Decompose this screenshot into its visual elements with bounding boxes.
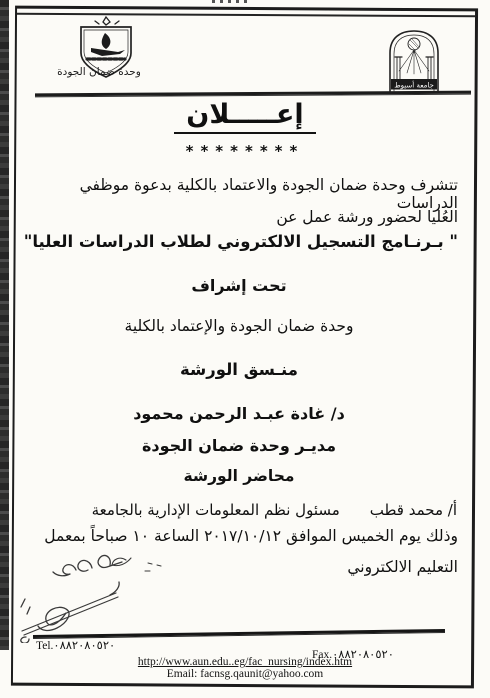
supervising-unit-name: وحدة ضمان الجودة والإعتماد بالكلية — [20, 317, 458, 335]
under-supervision-heading: تحت إشراف — [20, 276, 458, 295]
tel-label: Tel. — [36, 640, 53, 652]
announcement-title-text: إعـــــلان — [174, 99, 315, 134]
scanned-announcement-page: وحدة ضمان الجودة جامعة أسيوط إعـــــلان … — [0, 0, 490, 698]
intro-line-2: العُليا لحضور ورشة عمل عن — [20, 208, 458, 226]
telephone-line: Tel.٠٨٨٢٠٨٠٥٢٠ — [36, 638, 115, 652]
lecturer-heading: محاضر الورشة — [20, 467, 458, 485]
schedule-line-1: وذلك يوم الخميس الموافق ٢٠١٧/١٠/١٢ الساع… — [20, 527, 458, 545]
lecturer-title: مسئول نظم المعلومات الإدارية بالجامعة — [92, 501, 340, 519]
handwritten-signature — [14, 551, 236, 643]
intro-line-1: تتشرف وحدة ضمان الجودة والاعتماد بالكلية… — [20, 176, 458, 212]
university-logo-text: جامعة أسيوط — [394, 81, 434, 90]
scanner-edge-artifact — [0, 0, 9, 650]
workshop-title: " بـرنـامج التسجيل الالكتروني لطلاب الدر… — [20, 232, 458, 251]
lecturer-row: أ/ محمد قطب مسئول نظم المعلومات الإدارية… — [20, 501, 457, 519]
coordinator-name: د/ غادة عبـد الرحمن محمود — [20, 404, 458, 423]
coordinator-title: مديـر وحدة ضمان الجودة — [20, 436, 458, 455]
tel-number: ٠٨٨٢٠٨٠٥٢٠ — [53, 640, 115, 652]
assiut-university-logo-icon: جامعة أسيوط — [384, 27, 444, 93]
scan-speck-artifact — [212, 0, 248, 3]
quality-unit-logo-caption: وحدة ضمان الجودة — [48, 66, 150, 78]
coordinator-heading: منـسق الورشة — [20, 360, 458, 379]
email-line: Email: facnsg.qaunit@yahoo.com — [0, 668, 490, 680]
title-asterisks: ******** — [0, 142, 490, 160]
lecturer-name: أ/ محمد قطب — [370, 501, 457, 519]
website-url: http://www.aun.edu..eg/fac_nursing/index… — [0, 656, 490, 668]
announcement-title: إعـــــلان — [0, 99, 490, 134]
